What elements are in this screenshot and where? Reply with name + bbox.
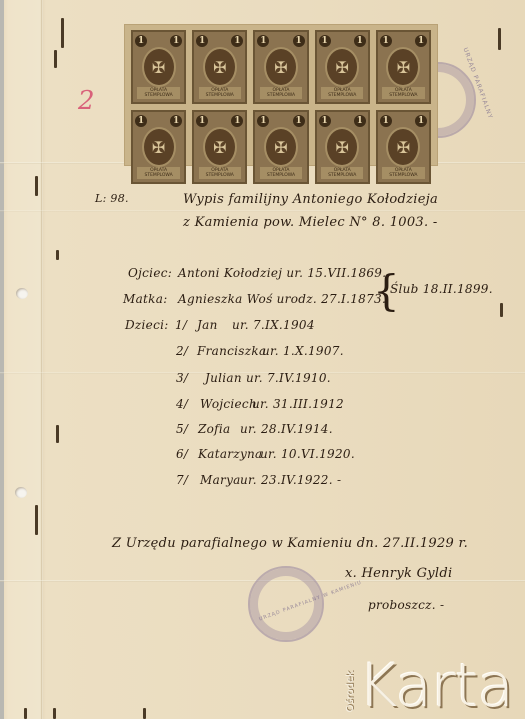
reference-number: L: 98.	[95, 192, 129, 205]
eagle-emblem-icon: ✠	[142, 127, 176, 167]
priest-title: proboszcz. -	[368, 598, 444, 612]
revenue-stamps: 11✠OPŁATA STEMPLOWA 11✠OPŁATA STEMPLOWA …	[125, 25, 437, 165]
watermark-big-text: Karta	[358, 656, 513, 716]
watermark-small-text: Ośrodek	[345, 671, 356, 712]
staple-mark	[56, 425, 59, 443]
title-line-1: Wypis familijny Antoniego Kołodzieja	[183, 192, 438, 207]
eagle-emblem-icon: ✠	[203, 47, 237, 87]
scan-edge	[0, 0, 4, 719]
revenue-stamp: 11✠OPŁATA STEMPLOWA	[192, 30, 247, 104]
mother-label: Matka:	[123, 292, 168, 306]
staple-mark	[54, 50, 57, 68]
eagle-emblem-icon: ✠	[325, 47, 359, 87]
punch-hole	[16, 288, 28, 299]
staple-mark	[500, 303, 503, 317]
revenue-stamp: 11✠OPŁATA STEMPLOWA	[376, 30, 431, 104]
staple-mark	[35, 176, 38, 196]
eagle-emblem-icon: ✠	[386, 127, 420, 167]
document-page: 2 URZĄD PARAFIALNY URZĄD PARAFIALNY W KA…	[0, 0, 525, 719]
page-number-red: 2	[78, 86, 95, 116]
parish-seal	[248, 566, 324, 642]
staple-mark	[61, 18, 64, 48]
revenue-stamp: 11✠OPŁATA STEMPLOWA	[315, 110, 370, 184]
punch-hole	[15, 487, 27, 498]
father-label: Ojciec:	[128, 266, 172, 280]
children-label: Dzieci:	[125, 318, 169, 332]
staple-mark	[56, 250, 59, 260]
staple-mark	[53, 708, 56, 719]
staple-mark	[498, 28, 501, 50]
mother-entry: Agnieszka Woś urodz. 27.I.1873.	[178, 292, 386, 306]
revenue-stamp: 11✠OPŁATA STEMPLOWA	[253, 110, 308, 184]
eagle-emblem-icon: ✠	[325, 127, 359, 167]
eagle-emblem-icon: ✠	[203, 127, 237, 167]
revenue-stamp: 11✠OPŁATA STEMPLOWA	[315, 30, 370, 104]
revenue-stamp: 11✠OPŁATA STEMPLOWA	[131, 30, 186, 104]
revenue-stamp: 11✠OPŁATA STEMPLOWA	[253, 30, 308, 104]
revenue-stamp: 11✠OPŁATA STEMPLOWA	[376, 110, 431, 184]
eagle-emblem-icon: ✠	[142, 47, 176, 87]
fold-line-vertical	[41, 0, 43, 719]
priest-signature: x. Henryk Gyldi	[345, 566, 452, 581]
revenue-stamp: 11✠OPŁATA STEMPLOWA	[131, 110, 186, 184]
staple-mark	[24, 708, 27, 719]
eagle-emblem-icon: ✠	[386, 47, 420, 87]
eagle-emblem-icon: ✠	[264, 47, 298, 87]
marriage-entry: Ślub 18.II.1899.	[390, 282, 493, 296]
staple-mark	[143, 708, 146, 719]
watermark-logo: Ośrodek Karta	[345, 652, 513, 716]
fold-line	[0, 210, 525, 212]
father-entry: Antoni Kołodziej ur. 15.VII.1869.	[178, 266, 386, 280]
staple-mark	[35, 505, 38, 535]
revenue-stamp: 11✠OPŁATA STEMPLOWA	[192, 110, 247, 184]
issued-line: Z Urzędu parafialnego w Kamieniu dn. 27.…	[112, 536, 468, 551]
title-line-2: z Kamienia pow. Mielec N° 8. 1003. -	[183, 215, 438, 230]
eagle-emblem-icon: ✠	[264, 127, 298, 167]
